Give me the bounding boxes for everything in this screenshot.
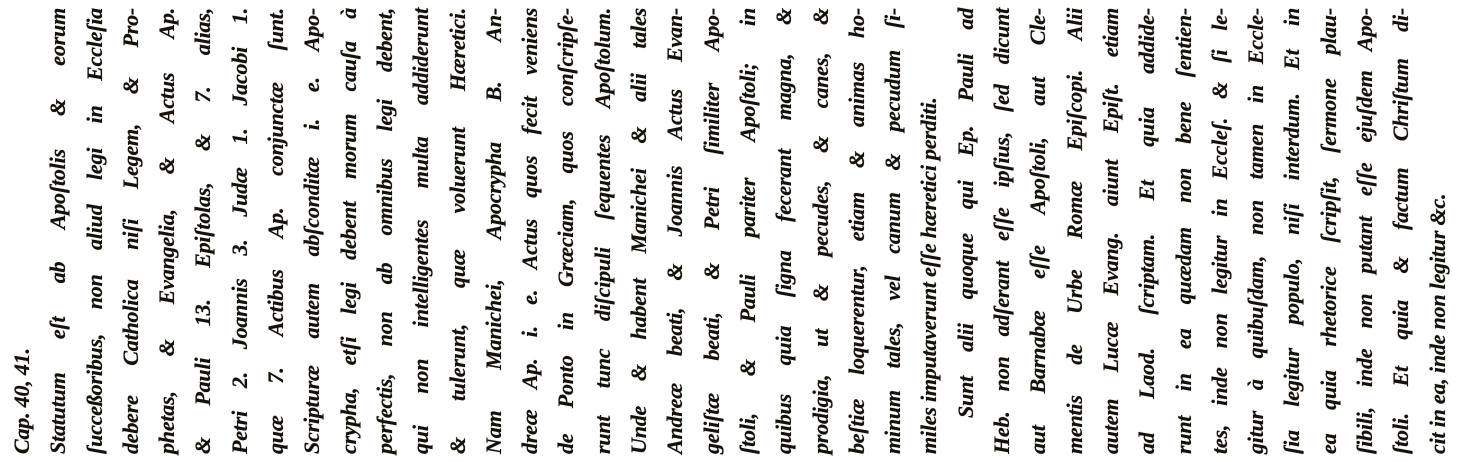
text-line: phetas, & Evangelia, & Actus Ap. <box>149 8 185 454</box>
text-line: ad Laod. ſcriptam. Et quia addide- <box>1129 8 1165 454</box>
scanned-book-page: Cap. 40, 41. Statutum eſt ab Apoſtolis &… <box>0 0 1458 462</box>
text-line: Heb. non adſerant eſſe ipſius, ſed dicun… <box>984 8 1020 454</box>
text-line: Statutum eſt ab Apoſtolis & eorum <box>40 8 76 454</box>
text-line: prodigia, ut & pecudes, & canes, & <box>803 8 839 454</box>
text-line: Unde & habent Manichei & alii tales <box>621 8 657 454</box>
text-line: Nam Manichei, Apocrypha B. An- <box>476 8 512 454</box>
text-line: Sunt alii quoque qui Ep. Pauli ad <box>948 8 984 454</box>
text-line: ſibili, inde non putant eſſe ejuſdem Apo… <box>1347 8 1383 454</box>
text-line: beſtiæ loquerentur, etiam & animas ho- <box>839 8 875 454</box>
text-line: Andreæ beati, & Joannis Actus Evan- <box>657 8 693 454</box>
text-line: ſucceßoribus, non aliud legi in Eccleſia <box>77 8 113 454</box>
text-line: ea quia rhetorice ſcripſit, ſermone plau… <box>1311 8 1347 454</box>
text-block: Statutum eſt ab Apoſtolis & eorumſucceßo… <box>40 8 1456 454</box>
text-line: runt tunc diſcipuli ſequentes Apoſtolum. <box>585 8 621 454</box>
text-line: ſtoli. Et quia & factum Chriſtum di- <box>1383 8 1419 454</box>
text-line: tes, inde non legitur in Eccleſ. & ſi le… <box>1202 8 1238 454</box>
text-line: quæ 7. Actibus Ap. conjunctæ ſunt. <box>258 8 294 454</box>
text-line: cit in ea, inde non legitur &c. <box>1420 8 1456 454</box>
paragraph: Statutum eſt ab Apoſtolis & eorumſucceßo… <box>40 8 947 454</box>
text-line: autem Lucæ Evang. aiunt Epiſt. etiam <box>1093 8 1129 454</box>
paragraph: Sunt alii quoque qui Ep. Pauli adHeb. no… <box>948 8 1456 454</box>
text-line: mentis de Urbe Romæ Epiſcopi. Alii <box>1057 8 1093 454</box>
text-line: geliſtæ beati, & Petri ſimiliter Apo- <box>694 8 730 454</box>
text-line: de Ponto in Græciam, quos conſcripſe- <box>548 8 584 454</box>
text-line: dreæ Ap. i. e. Actus quos fecit veniens <box>512 8 548 454</box>
text-line: gitur à quibuſdam, non tamen in Eccle- <box>1238 8 1274 454</box>
text-line: quibus quia ſigna fecerant magna, & <box>766 8 802 454</box>
text-line: minum tales, vel canum & pecudum ſi- <box>875 8 911 454</box>
text-line: & tulerunt, quæ voluerunt Hæretici. <box>440 8 476 454</box>
text-line: ſia legitur populo, niſi interdum. Et in <box>1274 8 1310 454</box>
text-line: Scripturæ autem abſconditæ i. e. Apo- <box>294 8 330 454</box>
text-line: crypha, etſi legi debent morum cauſa à <box>331 8 367 454</box>
text-line: ſtoli, & Pauli pariter Apoſtoli; in <box>730 8 766 454</box>
text-line: debere Catholica niſi Legem, & Pro- <box>113 8 149 454</box>
text-line: perfectis, non ab omnibus legi debent, <box>367 8 403 454</box>
page-text-rotated: Cap. 40, 41. Statutum eſt ab Apoſtolis &… <box>0 0 1458 462</box>
text-line: miles imputaverunt eſſe hæretici perditi… <box>911 8 947 454</box>
text-line: Petri 2. Joannis 3. Judæ 1. Jacobi 1. <box>222 8 258 454</box>
text-line: qui non intelligentes multa addiderunt <box>403 8 439 454</box>
text-line: aut Barnabæ eſſe Apoſtoli, aut Cle- <box>1020 8 1056 454</box>
running-header: Cap. 40, 41. <box>4 8 40 454</box>
text-line: & Pauli 13. Epiſtolas, & 7. alias, <box>185 8 221 454</box>
text-line: runt in ea quædam non bene ſentien- <box>1166 8 1202 454</box>
